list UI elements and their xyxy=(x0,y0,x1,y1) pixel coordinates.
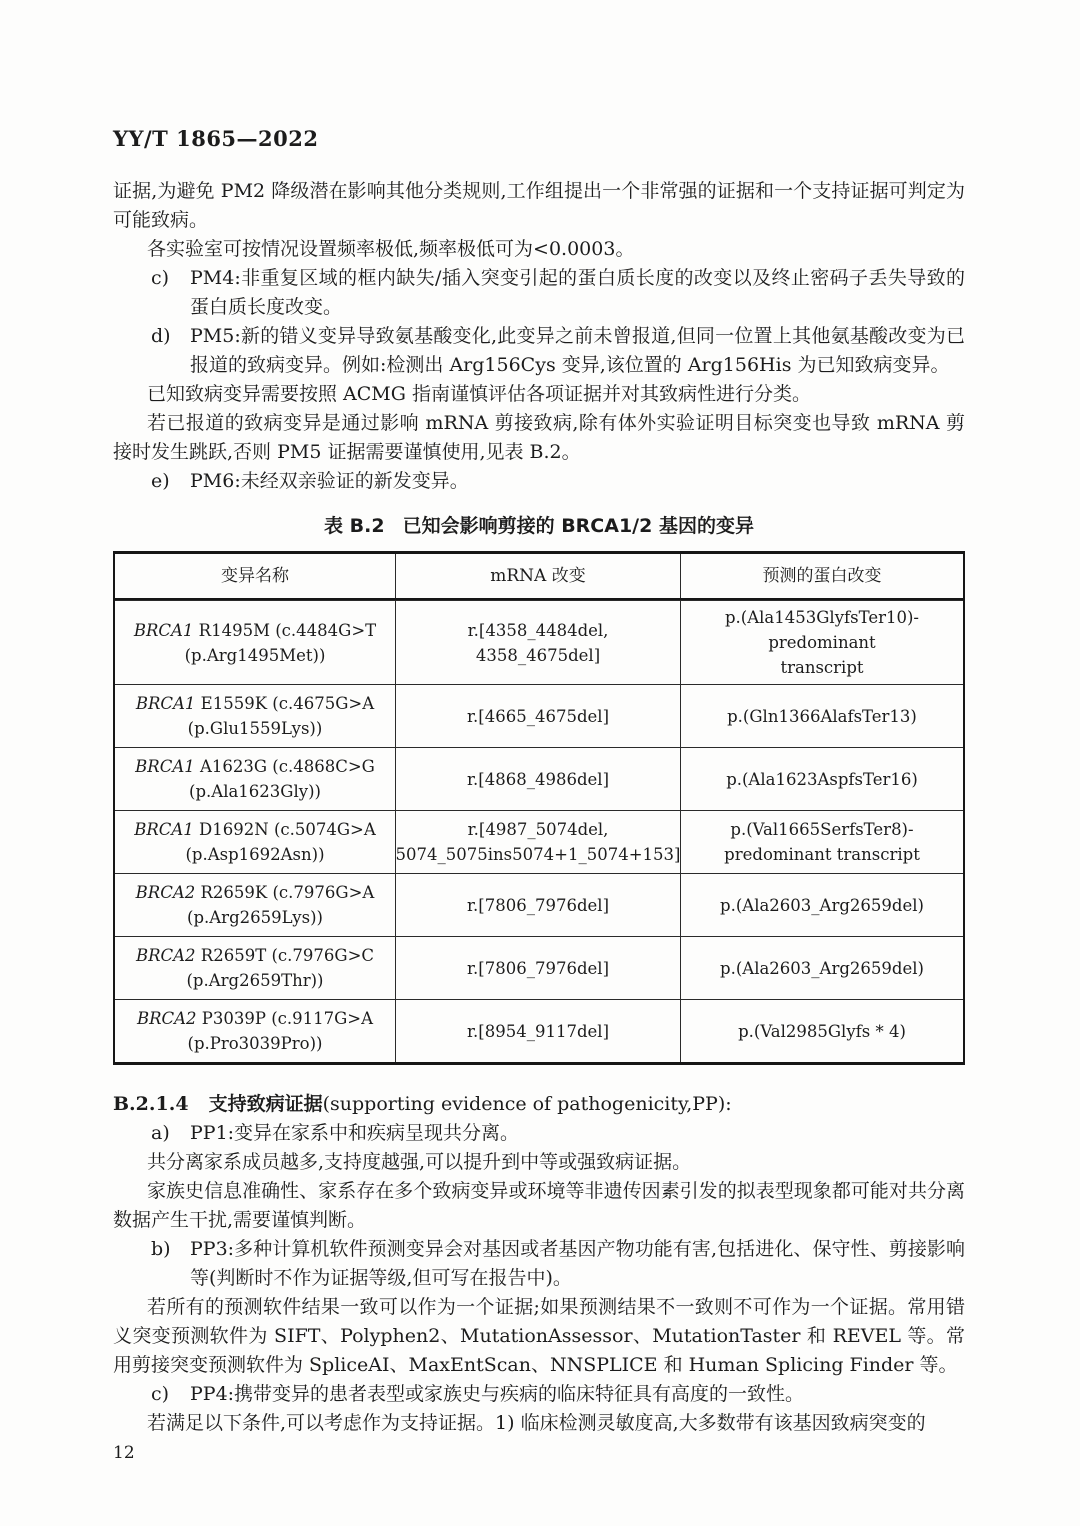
gene-symbol: BRCA2 xyxy=(137,1009,197,1028)
paragraph-frequency-threshold: 各实验室可按情况设置频率极低,频率极低可为<0.0003。 xyxy=(113,235,965,264)
cell-variant-name: BRCA2 R2659K (c.7976G>A (p.Arg2659Lys)) xyxy=(115,874,395,936)
paragraph-cosegregation-strength: 共分离家系成员越多,支持度越强,可以提升到中等或强致病证据。 xyxy=(113,1148,965,1177)
paragraph-supporting-conditions: 若满足以下条件,可以考虑作为支持证据。1) 临床检测灵敏度高,大多数带有该基因致… xyxy=(113,1409,965,1438)
gene-symbol: BRCA1 xyxy=(134,621,194,640)
cell-mrna-change: r.[7806_7976del] xyxy=(395,937,680,999)
list-item-pp4: c) PP4:携带变异的患者表型或家族史与疾病的临床特征具有高度的一致性。 xyxy=(113,1380,965,1409)
table-caption-label: 表 B.2 xyxy=(324,515,385,537)
section-title-en: (supporting evidence of pathogenicity,PP… xyxy=(323,1093,732,1115)
cell-protein-change: p.(Val1665SerfsTer8)- predominant transc… xyxy=(680,811,963,873)
list-item-pm6: e) PM6:未经双亲验证的新发变异。 xyxy=(113,467,965,496)
cell-mrna-change: r.[4987_5074del, 5074_5075ins5074+1_5074… xyxy=(395,811,680,873)
cell-variant-name: BRCA2 P3039P (c.9117G>A (p.Pro3039Pro)) xyxy=(115,1000,395,1062)
list-text-pp4: PP4:携带变异的患者表型或家族史与疾病的临床特征具有高度的一致性。 xyxy=(190,1380,965,1409)
cell-protein-change: p.(Ala2603_Arg2659del) xyxy=(680,874,963,936)
list-item-pm4: c) PM4:非重复区域的框内缺失/插入突变引起的蛋白质长度的改变以及终止密码子… xyxy=(113,264,965,322)
section-number: B.2.1.4 xyxy=(113,1093,189,1115)
paragraph-acmg-note: 已知致病变异需要按照 ACMG 指南谨慎评估各项证据并对其致病性进行分类。 xyxy=(113,380,965,409)
list-text-pm6: PM6:未经双亲验证的新发变异。 xyxy=(190,467,965,496)
list-label-b: b) xyxy=(151,1235,171,1264)
table-row: BRCA2 P3039P (c.9117G>A (p.Pro3039Pro)) … xyxy=(115,999,963,1062)
list-text-pp3: PP3:多种计算机软件预测变异会对基因或者基因产物功能有害,包括进化、保守性、剪… xyxy=(190,1235,965,1293)
cell-protein-change: p.(Ala1623AspfsTer16) xyxy=(680,748,963,810)
column-header-variant-name: 变异名称 xyxy=(115,554,395,598)
table-row: BRCA1 R1495M (c.4484G>T (p.Arg1495Met)) … xyxy=(115,600,963,684)
gene-symbol: BRCA2 xyxy=(136,946,196,965)
cell-protein-change: p.(Gln1366AlafsTer13) xyxy=(680,685,963,747)
paragraph-evidence-continuation: 证据,为避免 PM2 降级潜在影响其他分类规则,工作组提出一个非常强的证据和一个… xyxy=(113,177,965,235)
page-number: 12 xyxy=(113,1443,965,1463)
table-brca-variants: 变异名称 mRNA 改变 预测的蛋白改变 BRCA1 R1495M (c.448… xyxy=(113,551,965,1065)
list-label-c2: c) xyxy=(151,1380,169,1409)
table-row: BRCA1 E1559K (c.4675G>A (p.Glu1559Lys)) … xyxy=(115,684,963,747)
section-title-zh: 支持致病证据 xyxy=(209,1093,323,1115)
list-text-pm4: PM4:非重复区域的框内缺失/插入突变引起的蛋白质长度的改变以及终止密码子丢失导… xyxy=(190,264,965,322)
list-item-pp3: b) PP3:多种计算机软件预测变异会对基因或者基因产物功能有害,包括进化、保守… xyxy=(113,1235,965,1293)
list-item-pp1: a) PP1:变异在家系中和疾病呈现共分离。 xyxy=(113,1119,965,1148)
table-row: BRCA1 A1623G (c.4868C>G (p.Ala1623Gly)) … xyxy=(115,747,963,810)
table-row: BRCA1 D1692N (c.5074G>A (p.Asp1692Asn)) … xyxy=(115,810,963,873)
cell-mrna-change: r.[4358_4484del, 4358_4675del] xyxy=(395,601,680,684)
cell-variant-name: BRCA1 R1495M (c.4484G>T (p.Arg1495Met)) xyxy=(115,601,395,684)
cell-mrna-change: r.[8954_9117del] xyxy=(395,1000,680,1062)
cell-protein-change: p.(Val2985Glyfs * 4) xyxy=(680,1000,963,1062)
gene-symbol: BRCA1 xyxy=(136,694,196,713)
gene-symbol: BRCA1 xyxy=(135,757,195,776)
list-item-pm5: d) PM5:新的错义变异导致氨基酸变化,此变异之前未曾报道,但同一位置上其他氨… xyxy=(113,322,965,380)
cell-variant-name: BRCA1 A1623G (c.4868C>G (p.Ala1623Gly)) xyxy=(115,748,395,810)
section-heading-b214: B.2.1.4支持致病证据(supporting evidence of pat… xyxy=(113,1090,965,1119)
cell-variant-name: BRCA1 D1692N (c.5074G>A (p.Asp1692Asn)) xyxy=(115,811,395,873)
variant-detail: R1495M (c.4484G>T (p.Arg1495Met)) xyxy=(185,621,377,665)
paragraph-prediction-software: 若所有的预测软件结果一致可以作为一个证据;如果预测结果不一致则不可作为一个证据。… xyxy=(113,1293,965,1380)
cell-protein-change: p.(Ala2603_Arg2659del) xyxy=(680,937,963,999)
table-row: BRCA2 R2659K (c.7976G>A (p.Arg2659Lys)) … xyxy=(115,873,963,936)
content-top: 证据,为避免 PM2 降级潜在影响其他分类规则,工作组提出一个非常强的证据和一个… xyxy=(113,177,965,496)
cell-variant-name: BRCA2 R2659T (c.7976G>C (p.Arg2659Thr)) xyxy=(115,937,395,999)
list-label-a: a) xyxy=(151,1119,170,1148)
table-caption: 表 B.2已知会影响剪接的 BRCA1/2 基因的变异 xyxy=(113,511,965,538)
paragraph-mrna-splicing-note: 若已报道的致病变异是通过影响 mRNA 剪接致病,除有体外实验证明目标突变也导致… xyxy=(113,409,965,467)
variant-detail: R2659T (c.7976G>C (p.Arg2659Thr)) xyxy=(187,946,375,990)
list-text-pp1: PP1:变异在家系中和疾病呈现共分离。 xyxy=(190,1119,965,1148)
variant-detail: A1623G (c.4868C>G (p.Ala1623Gly)) xyxy=(189,757,375,801)
content-bottom: a) PP1:变异在家系中和疾病呈现共分离。 共分离家系成员越多,支持度越强,可… xyxy=(113,1119,965,1438)
variant-detail: E1559K (c.4675G>A (p.Glu1559Lys)) xyxy=(188,694,374,738)
list-label-e: e) xyxy=(151,467,170,496)
cell-protein-change: p.(Ala1453GlyfsTer10)-predominant transc… xyxy=(680,601,963,684)
list-text-pm5: PM5:新的错义变异导致氨基酸变化,此变异之前未曾报道,但同一位置上其他氨基酸改… xyxy=(190,322,965,380)
cell-variant-name: BRCA1 E1559K (c.4675G>A (p.Glu1559Lys)) xyxy=(115,685,395,747)
paragraph-family-history-caution: 家族史信息准确性、家系存在多个致病变异或环境等非遗传因素引发的拟表型现象都可能对… xyxy=(113,1177,965,1235)
standard-number: YY/T 1865—2022 xyxy=(113,126,965,151)
document-page: YY/T 1865—2022 证据,为避免 PM2 降级潜在影响其他分类规则,工… xyxy=(0,0,1080,1526)
variant-detail: R2659K (c.7976G>A (p.Arg2659Lys)) xyxy=(187,883,374,927)
table-header-row: 变异名称 mRNA 改变 预测的蛋白改变 xyxy=(115,554,963,600)
gene-symbol: BRCA2 xyxy=(136,883,196,902)
list-label-d: d) xyxy=(151,322,171,351)
cell-mrna-change: r.[4665_4675del] xyxy=(395,685,680,747)
cell-mrna-change: r.[7806_7976del] xyxy=(395,874,680,936)
column-header-mrna-change: mRNA 改变 xyxy=(395,554,680,598)
table-row: BRCA2 R2659T (c.7976G>C (p.Arg2659Thr)) … xyxy=(115,936,963,999)
column-header-predicted-protein-change: 预测的蛋白改变 xyxy=(680,554,963,598)
variant-detail: D1692N (c.5074G>A (p.Asp1692Asn)) xyxy=(185,820,375,864)
list-label-c: c) xyxy=(151,264,169,293)
cell-mrna-change: r.[4868_4986del] xyxy=(395,748,680,810)
gene-symbol: BRCA1 xyxy=(134,820,194,839)
table-caption-title: 已知会影响剪接的 BRCA1/2 基因的变异 xyxy=(403,515,754,537)
variant-detail: P3039P (c.9117G>A (p.Pro3039Pro)) xyxy=(188,1009,374,1053)
